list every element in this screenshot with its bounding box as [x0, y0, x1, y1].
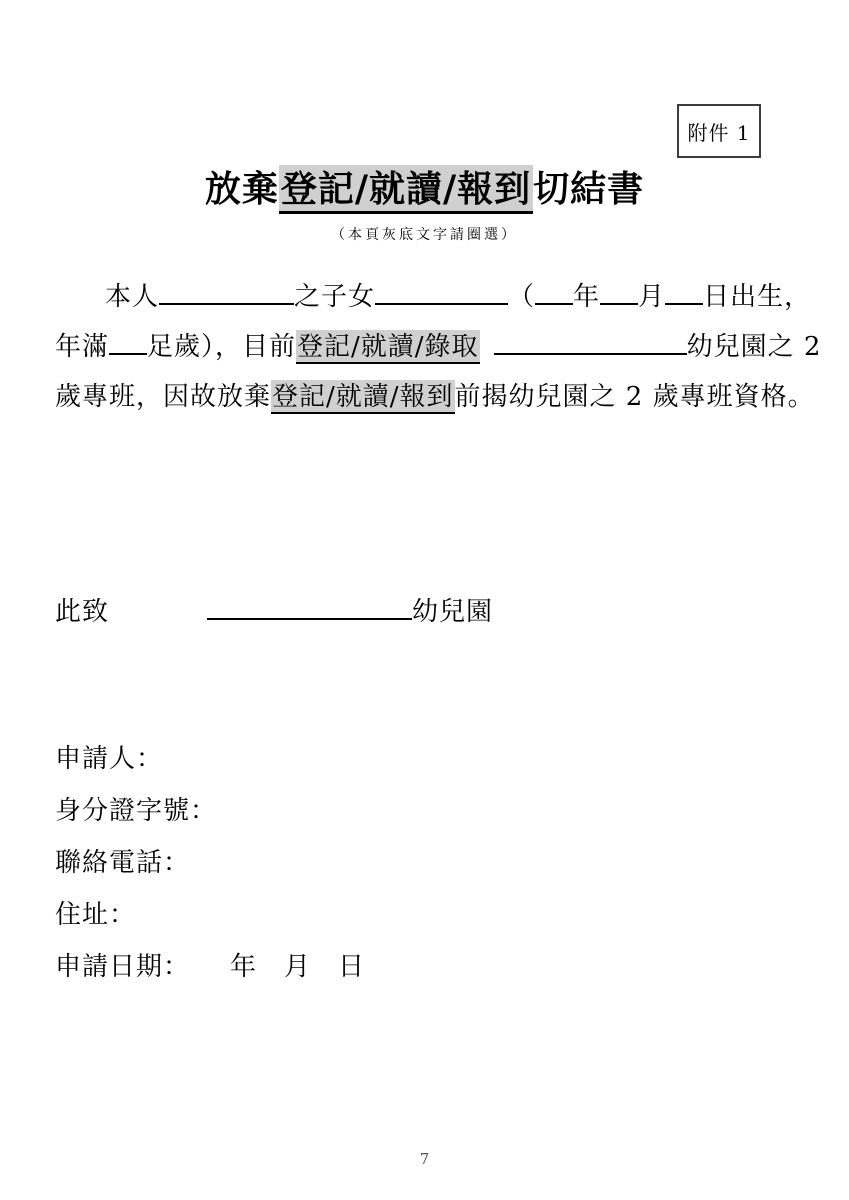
body-line1-seg4: 年: [573, 282, 600, 312]
body-paragraph: 本人之子女（年月日出生， 年滿足歲），目前登記/就讀/錄取幼兒園之 2 歲專班，…: [55, 272, 815, 422]
birth-year-blank: [535, 302, 573, 305]
birth-day-blank: [665, 302, 703, 305]
birth-month-blank: [600, 302, 638, 305]
body-line1-seg5: 月: [638, 282, 665, 312]
date-month-label: 月: [284, 952, 311, 982]
salutation-prefix: 此致: [55, 597, 109, 627]
body-line1-seg2: 之子女: [294, 282, 375, 312]
date-year-label: 年: [230, 952, 257, 982]
attachment-box: 附件 1: [677, 104, 761, 158]
body-line-2: 年滿足歲），目前登記/就讀/錄取幼兒園之 2: [55, 322, 815, 372]
application-date-field: 申請日期：年月日: [55, 941, 365, 993]
kindergarten-name-blank: [494, 352, 687, 355]
date-label: 申請日期：: [55, 952, 190, 982]
page-title: 放棄登記/就讀/報到切結書: [0, 161, 849, 212]
applicant-fields: 申請人： 身分證字號： 聯絡電話： 住址： 申請日期：年月日: [55, 733, 365, 993]
body-line2-seg1: 年滿: [55, 332, 109, 362]
body-line3-seg1: 歲專班，因故放棄: [55, 382, 271, 412]
body-line1-seg6: 日出生，: [703, 282, 811, 312]
title-suffix: 切結書: [533, 168, 644, 210]
id-number-field: 身分證字號：: [55, 785, 365, 837]
salutation-line: 此致幼兒園: [55, 591, 493, 628]
title-prefix: 放棄: [205, 168, 279, 210]
salutation-kindergarten-blank: [207, 617, 412, 620]
body-line-1: 本人之子女（年月日出生，: [55, 272, 815, 322]
body-line2-seg3: 幼兒園之 2: [687, 332, 822, 362]
attachment-label: 附件 1: [687, 117, 750, 146]
body-line3-seg2: 前揭幼兒園之 2 歲專班資格。: [455, 382, 815, 412]
highlight-register-attend-report: 登記/就讀/報到: [271, 380, 455, 414]
body-line1-seg1: 本人: [105, 282, 159, 312]
applicant-name-blank: [159, 302, 294, 305]
body-line1-seg3: （: [508, 282, 535, 312]
applicant-field: 申請人：: [55, 733, 365, 785]
age-blank: [109, 352, 147, 355]
body-line-3: 歲專班，因故放棄登記/就讀/報到前揭幼兒園之 2 歲專班資格。: [55, 372, 815, 422]
document-page: 附件 1 放棄登記/就讀/報到切結書 （本頁灰底文字請圈選） 本人之子女（年月日…: [0, 0, 849, 1200]
child-name-blank: [375, 302, 508, 305]
body-line2-seg2: 足歲），目前: [147, 332, 296, 362]
title-highlight-register-attend-report: 登記/就讀/報到: [279, 165, 533, 214]
phone-field: 聯絡電話：: [55, 837, 365, 889]
date-day-label: 日: [338, 952, 365, 982]
salutation-suffix: 幼兒園: [412, 597, 493, 627]
highlight-register-attend-admit: 登記/就讀/錄取: [296, 330, 480, 364]
page-number: 7: [0, 1150, 849, 1168]
address-field: 住址：: [55, 889, 365, 941]
page-subtitle: （本頁灰底文字請圈選）: [0, 224, 849, 244]
